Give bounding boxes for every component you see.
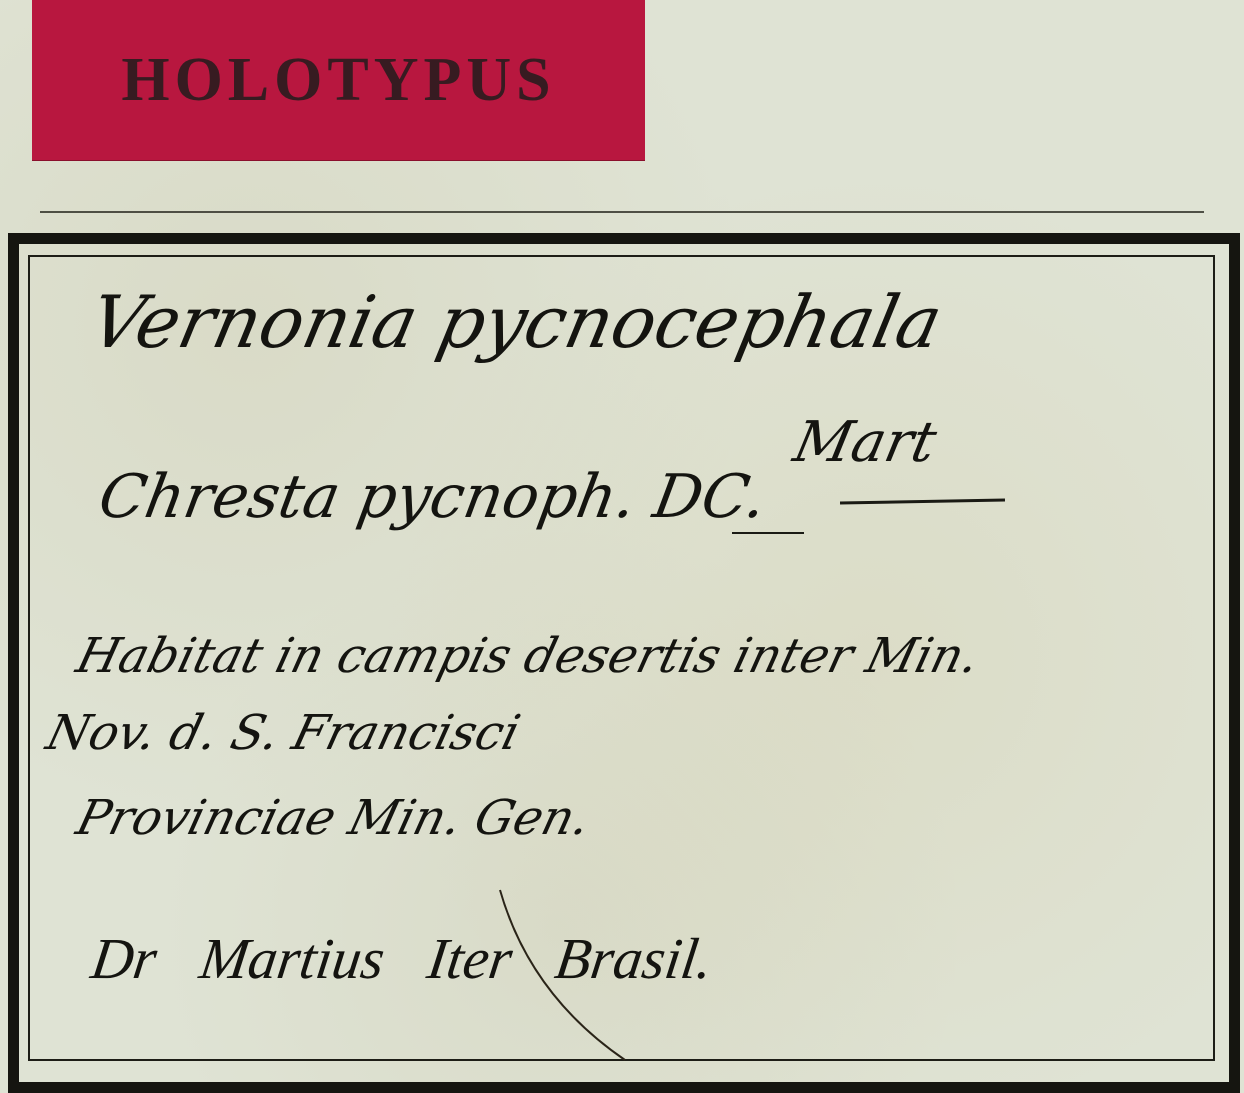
divider-line <box>40 211 1204 213</box>
collector-name: Martius <box>196 925 389 992</box>
authority-underline <box>732 532 804 534</box>
pen-stroke-mark <box>490 885 650 1065</box>
habitat-line-3: Provinciae Min. Gen. <box>71 790 596 846</box>
holotype-stamp: HOLOTYPUS <box>32 0 645 160</box>
taxon-name: Vernonia pycnocephala <box>83 280 949 364</box>
synonym-line: Chresta pycnoph. DC. <box>94 462 772 532</box>
habitat-line-1: Habitat in campis desertis inter Min. <box>71 628 985 684</box>
synonym-name: Chresta pycnoph. <box>94 462 642 532</box>
synonym-authority: DC. <box>648 462 771 532</box>
authority-annotation: Mart <box>788 410 942 475</box>
habitat-line-2: Nov. d. S. Francisci <box>41 705 526 761</box>
holotype-label: HOLOTYPUS <box>121 45 555 116</box>
collector-line: DrMartiusIterBrasil. <box>87 925 761 992</box>
collector-title: Dr <box>87 925 161 992</box>
